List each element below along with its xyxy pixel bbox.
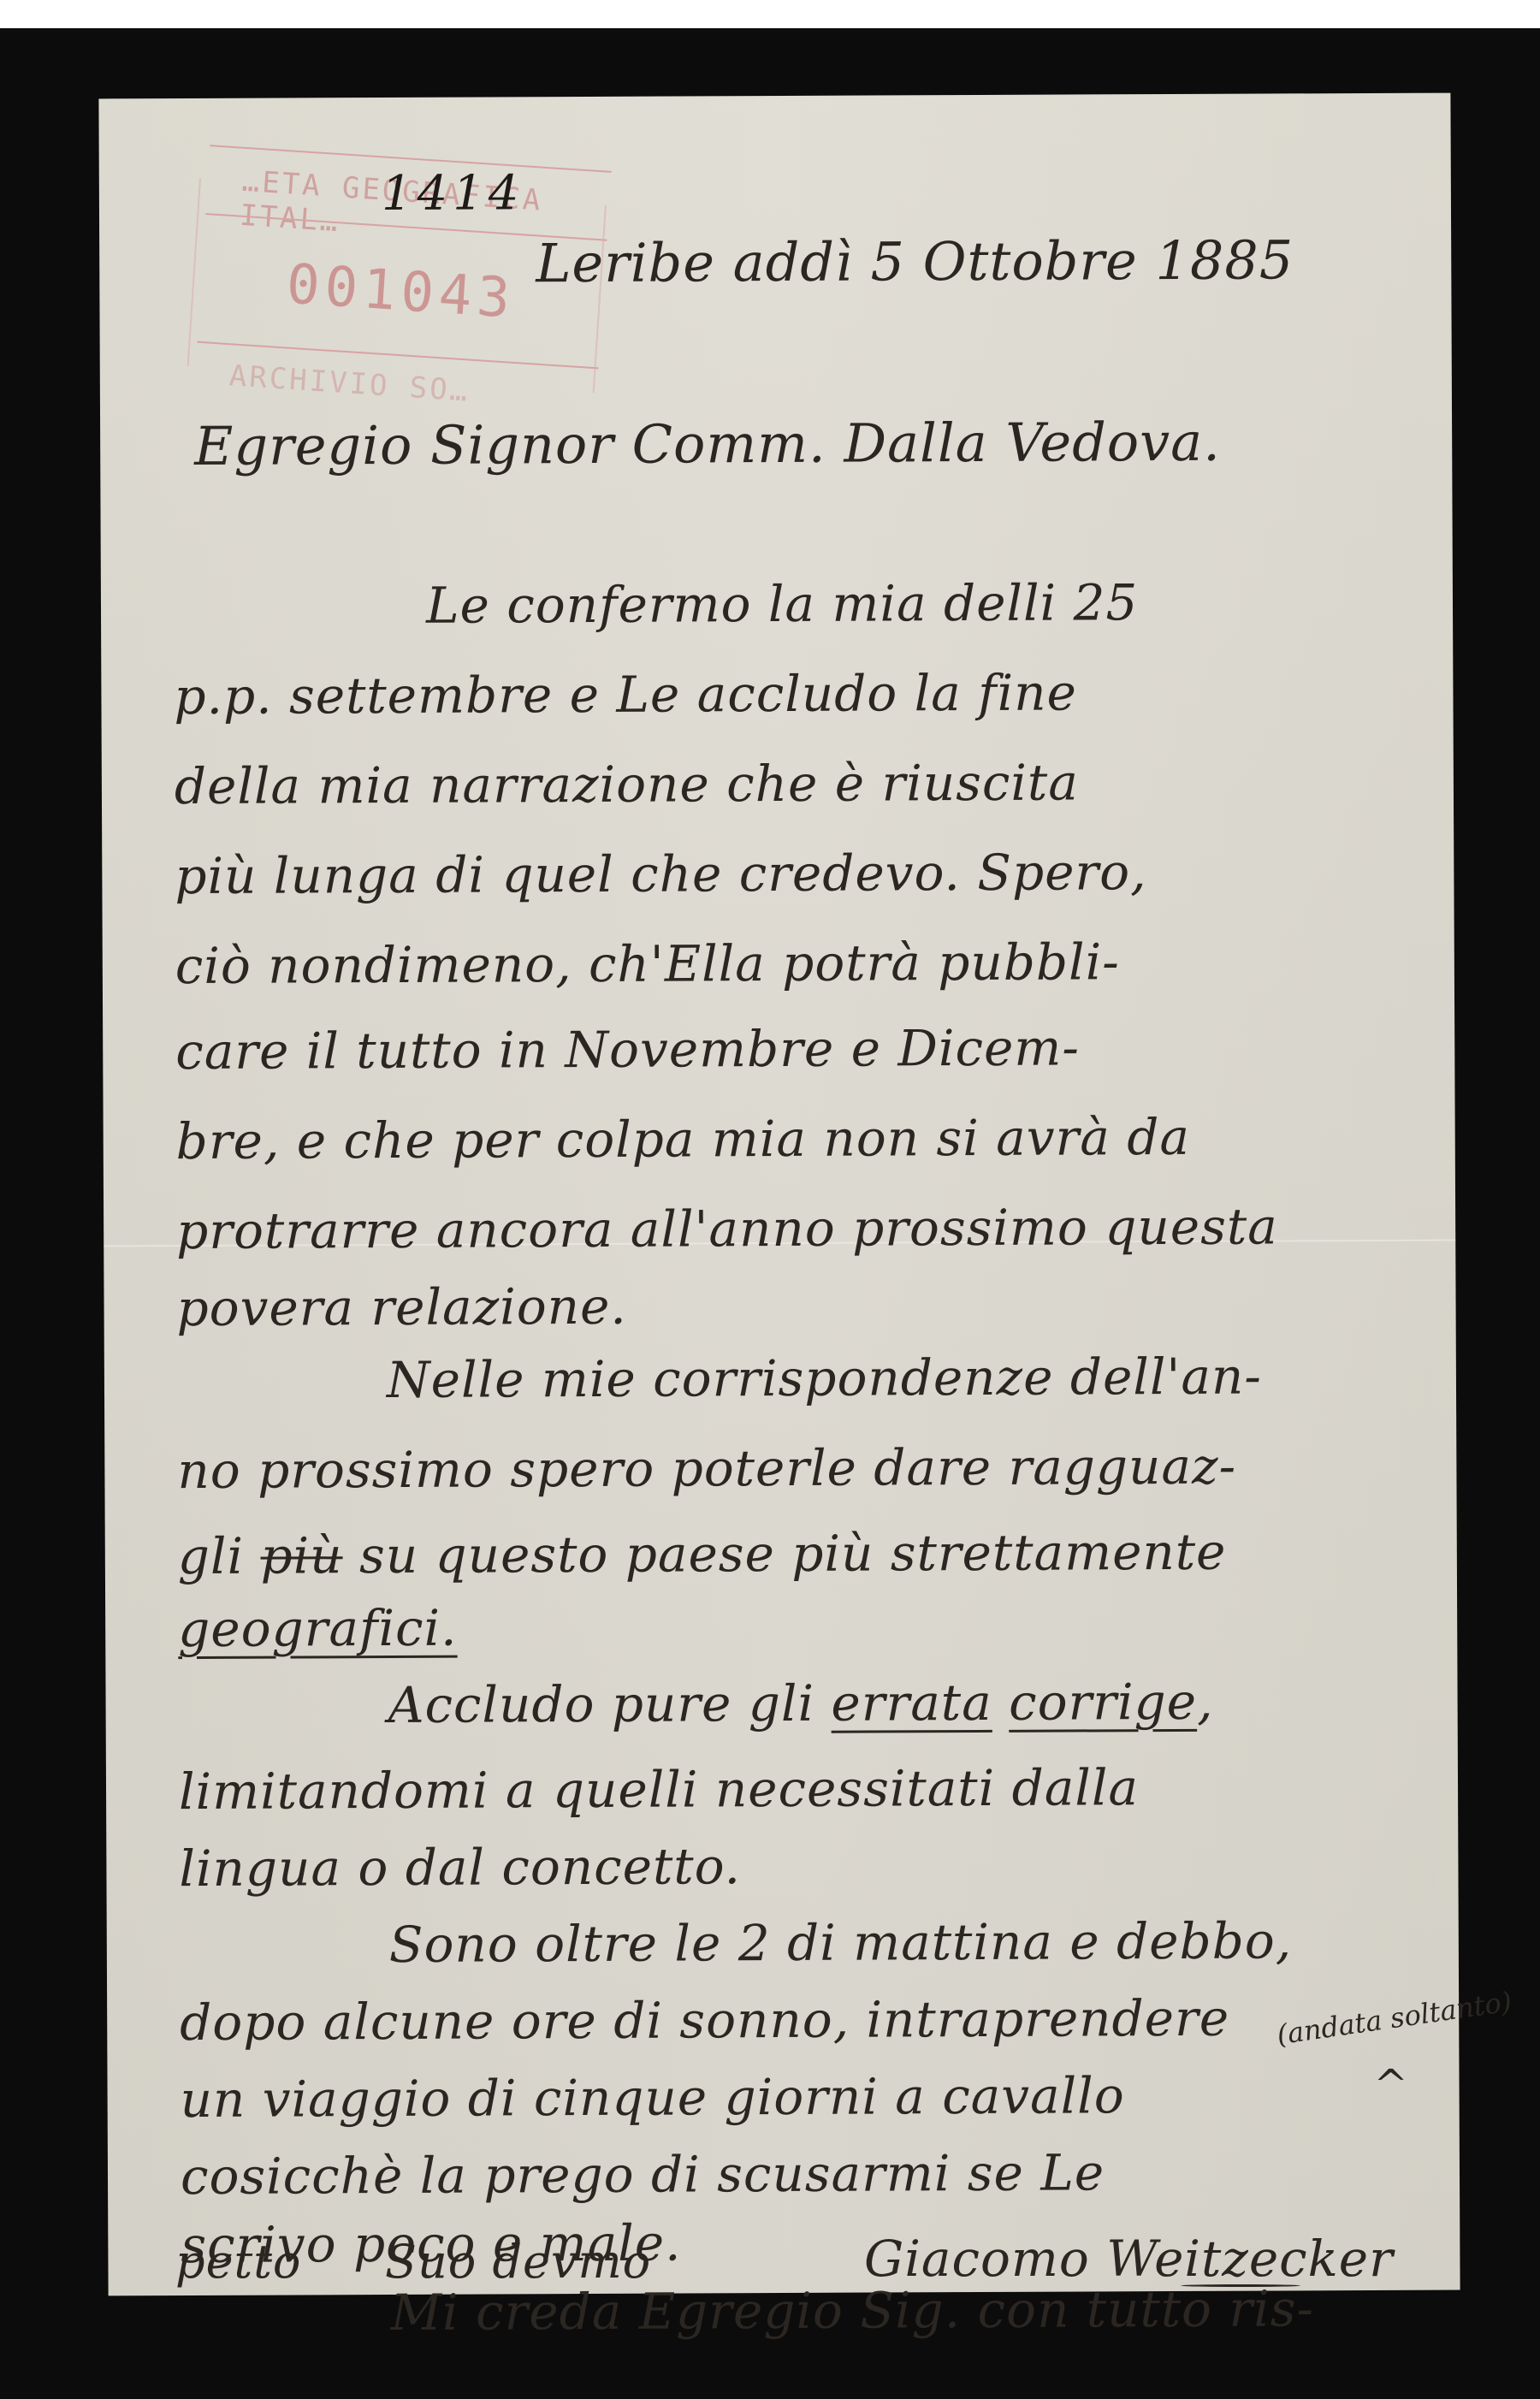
body-line: ciò nondimeno, ch'Ella potrà pubbli- [175, 933, 1120, 995]
body-line: Accludo pure gli errata corrige, [388, 1673, 1213, 1734]
body-line: Le confermo la mia delli 25 [426, 573, 1139, 635]
body-line: limitandomi a quelli necessitati dalla [179, 1758, 1139, 1821]
salutation: Egregio Signor Comm. Dalla Vedova. [194, 411, 1221, 477]
body-line: gli più su questo paese più strettamente [178, 1523, 1227, 1585]
body-line: lingua o dal concetto. [179, 1837, 741, 1898]
body-line: povera relazione. [176, 1277, 626, 1337]
body-line-underlined: geografici. [178, 1599, 458, 1658]
signature-flourish [1181, 2284, 1300, 2287]
text-fragment: su questo paese più strettamente [342, 1523, 1226, 1585]
body-line: cosicchè la prego di scusarmi se Le [181, 2143, 1105, 2206]
body-line: care il tutto in Novembre e Dicem- [175, 1018, 1080, 1081]
stamp-archive: ARCHIVIO SO… [228, 358, 471, 408]
text-fragment: Accludo pure gli [388, 1674, 831, 1734]
body-line: Nelle mie corrispondenze dell'an- [387, 1348, 1262, 1409]
shelfmark: 1414 [382, 165, 524, 222]
underlined-word: errata [831, 1673, 992, 1733]
body-line: Sono oltre le 2 di mattina e debbo, [389, 1911, 1293, 1974]
body-line: p.p. settembre e Le accludo la fine [174, 663, 1077, 726]
closing-respect: petto [175, 2235, 301, 2289]
body-line: protrarre ancora all'anno prossimo quest… [176, 1197, 1278, 1260]
letter-page: …ETA GEOGRAFICA ITAL… 001043 ARCHIVIO SO… [98, 93, 1460, 2296]
text-fragment: , [1197, 1673, 1214, 1731]
body-line: no prossimo spero poterle dare ragguaz- [177, 1437, 1236, 1500]
dateline: Leribe addì 5 Ottobre 1885 [536, 228, 1294, 294]
struck-word: più [260, 1526, 342, 1585]
top-margin [0, 0, 1540, 28]
body-line: un viaggio di cinque giorni a cavallo [180, 2066, 1124, 2129]
text-fragment [992, 1673, 1010, 1732]
body-line: bre, e che per colpa mia non si avrà da [176, 1108, 1191, 1170]
closing: Suo devmo [385, 2235, 651, 2289]
body-line: più lunga di quel che credevo. Spero, [175, 843, 1146, 905]
insertion-caret: ^ [1373, 2061, 1407, 2109]
body-line: della mia narrazione che è riuscita [175, 753, 1079, 815]
text-fragment: gli [178, 1527, 261, 1585]
signature: Giacomo Weitzecker [864, 2230, 1394, 2288]
body-line: Mi creda Egregio Sig. con tutto ris- [391, 2279, 1315, 2342]
stamp-number: 001043 [285, 252, 517, 330]
stamp-border [187, 178, 201, 366]
underlined-word: corrige [1009, 1673, 1197, 1732]
body-line: dopo alcune ore di sonno, intraprendere [180, 1989, 1229, 2052]
